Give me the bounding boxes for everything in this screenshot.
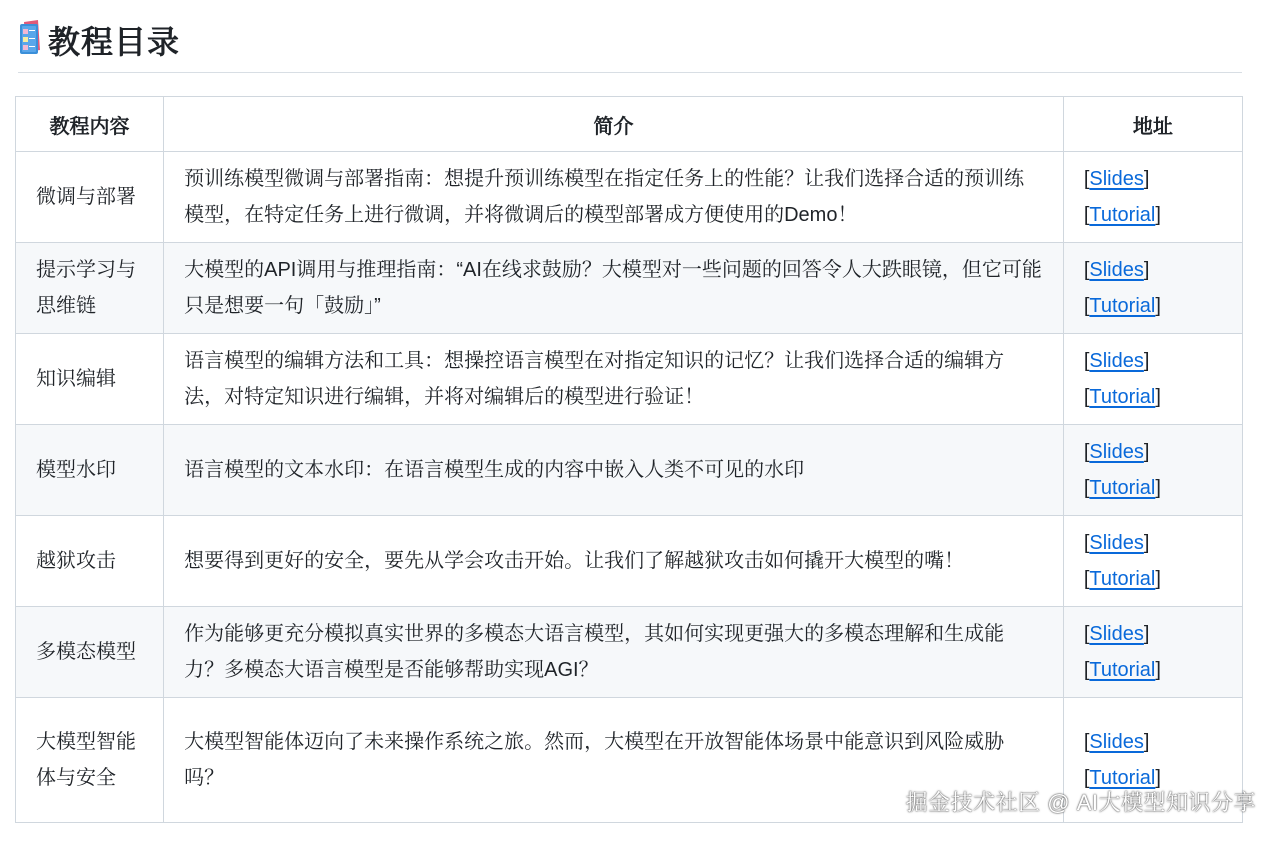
row-links: [Slides] [Tutorial]: [1063, 334, 1242, 425]
tutorial-link[interactable]: Tutorial: [1089, 568, 1155, 590]
slides-link[interactable]: Slides: [1089, 441, 1143, 463]
book-icon: [18, 20, 44, 58]
row-name: 大模型智能体与安全: [16, 698, 164, 823]
row-links: [Slides] [Tutorial]: [1063, 516, 1242, 607]
watermark: 掘金技术社区 @ AI大模型知识分享: [906, 786, 1256, 817]
row-description: 语言模型的编辑方法和工具：想操控语言模型在对指定知识的记忆？让我们选择合适的编辑…: [164, 334, 1064, 425]
row-name: 微调与部署: [16, 152, 164, 243]
tutorial-link[interactable]: Tutorial: [1089, 295, 1155, 317]
row-description: 预训练模型微调与部署指南：想提升预训练模型在指定任务上的性能？让我们选择合适的预…: [164, 152, 1064, 243]
table-row: 越狱攻击 想要得到更好的安全，要先从学会攻击开始。让我们了解越狱攻击如何撬开大模…: [16, 516, 1243, 607]
row-description: 作为能够更充分模拟真实世界的多模态大语言模型，其如何实现更强大的多模态理解和生成…: [164, 607, 1064, 698]
row-name: 越狱攻击: [16, 516, 164, 607]
tutorial-link[interactable]: Tutorial: [1089, 659, 1155, 681]
row-description: 想要得到更好的安全，要先从学会攻击开始。让我们了解越狱攻击如何撬开大模型的嘴！: [164, 516, 1064, 607]
tutorial-link[interactable]: Tutorial: [1089, 204, 1155, 226]
row-name: 多模态模型: [16, 607, 164, 698]
row-description: 语言模型的文本水印：在语言模型生成的内容中嵌入人类不可见的水印: [164, 425, 1064, 516]
table-row: 模型水印 语言模型的文本水印：在语言模型生成的内容中嵌入人类不可见的水印 [Sl…: [16, 425, 1243, 516]
tutorial-link[interactable]: Tutorial: [1089, 477, 1155, 499]
section-heading: 教程目录: [18, 12, 1242, 73]
slides-link[interactable]: Slides: [1089, 259, 1143, 281]
row-name: 知识编辑: [16, 334, 164, 425]
slides-link[interactable]: Slides: [1089, 350, 1143, 372]
row-links: [Slides] [Tutorial]: [1063, 152, 1242, 243]
table-row: 提示学习与思维链 大模型的API调用与推理指南：“AI在线求鼓励？大模型对一些问…: [16, 243, 1243, 334]
row-links: [Slides] [Tutorial]: [1063, 425, 1242, 516]
slides-link[interactable]: Slides: [1089, 168, 1143, 190]
table-header-row: 教程内容 简介 地址: [16, 97, 1243, 152]
page: 教程目录 教程内容 简介 地址 微调与部署 预训练模型微调与部署指南：想提升预训…: [0, 0, 1280, 841]
row-description: 大模型的API调用与推理指南：“AI在线求鼓励？大模型对一些问题的回答令人大跌眼…: [164, 243, 1064, 334]
header-address: 地址: [1063, 97, 1242, 152]
header-intro: 简介: [164, 97, 1064, 152]
table-row: 知识编辑 语言模型的编辑方法和工具：想操控语言模型在对指定知识的记忆？让我们选择…: [16, 334, 1243, 425]
row-links: [Slides] [Tutorial]: [1063, 607, 1242, 698]
row-name: 模型水印: [16, 425, 164, 516]
table-row: 多模态模型 作为能够更充分模拟真实世界的多模态大语言模型，其如何实现更强大的多模…: [16, 607, 1243, 698]
table-row: 微调与部署 预训练模型微调与部署指南：想提升预训练模型在指定任务上的性能？让我们…: [16, 152, 1243, 243]
slides-link[interactable]: Slides: [1089, 532, 1143, 554]
row-name: 提示学习与思维链: [16, 243, 164, 334]
row-links: [Slides] [Tutorial]: [1063, 243, 1242, 334]
slides-link[interactable]: Slides: [1089, 731, 1143, 753]
page-title: 教程目录: [48, 17, 180, 63]
header-content: 教程内容: [16, 97, 164, 152]
tutorial-table: 教程内容 简介 地址 微调与部署 预训练模型微调与部署指南：想提升预训练模型在指…: [15, 96, 1243, 823]
tutorial-link[interactable]: Tutorial: [1089, 386, 1155, 408]
slides-link[interactable]: Slides: [1089, 623, 1143, 645]
